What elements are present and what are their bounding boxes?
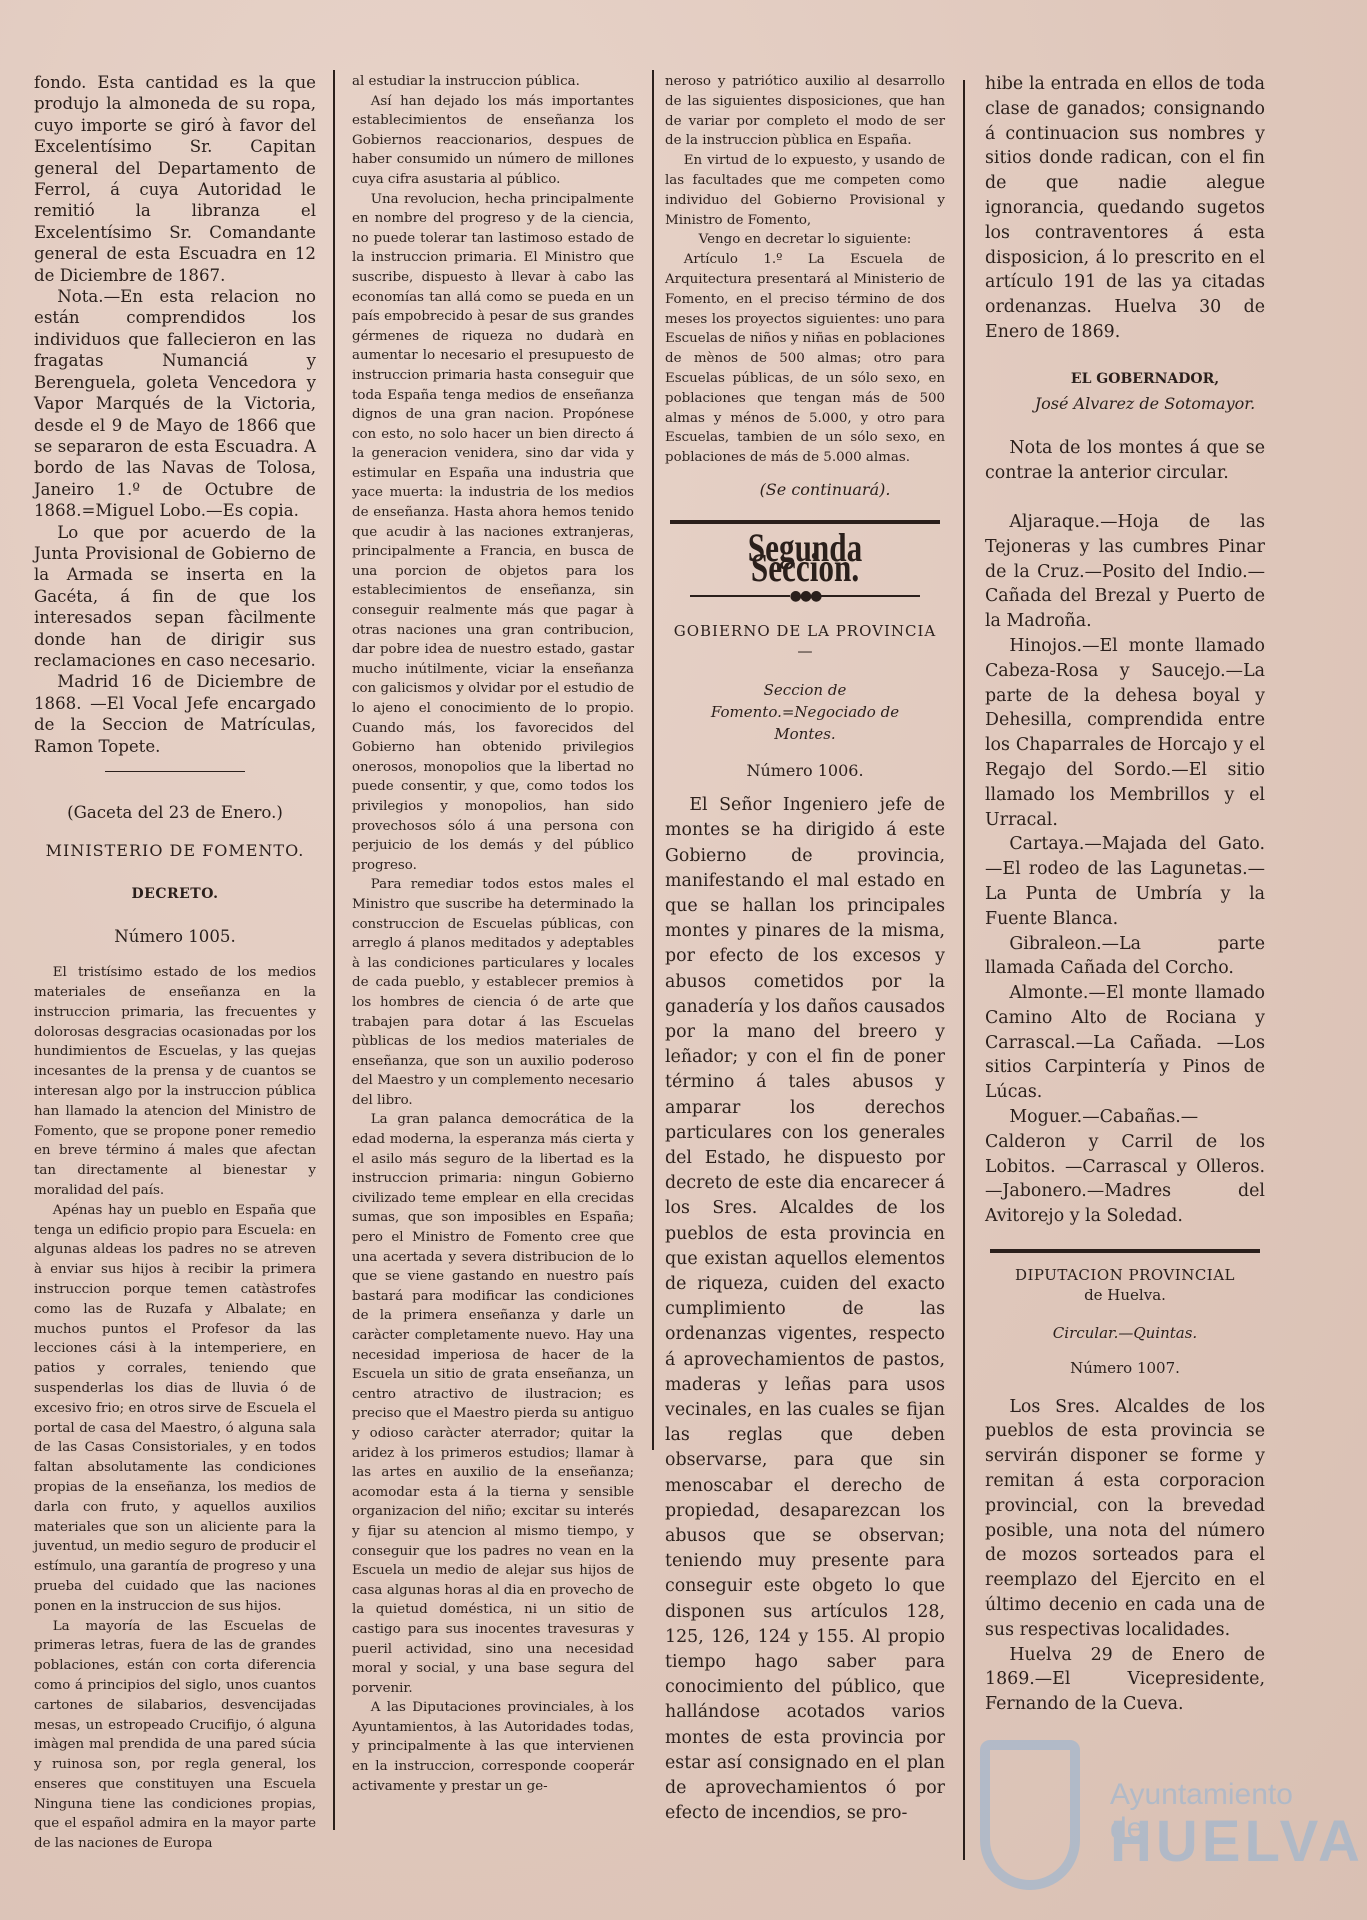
notice-number: Número 1006.: [665, 761, 945, 781]
paragraph: Los Sres. Alcaldes de los pueblos de est…: [985, 1395, 1265, 1643]
watermark-line-1: Ayuntamiento de: [1110, 1778, 1320, 1846]
paragraph: fondo. Esta cantidad es la que produjo l…: [34, 72, 316, 286]
article-1: Artículo 1.º La Escuela de Arquitectura …: [665, 250, 945, 468]
paragraph: A las Diputaciones provinciales, à los A…: [352, 1698, 634, 1796]
column-divider: [333, 70, 335, 1830]
watermark-line-2: HUELVA: [1110, 1808, 1364, 1875]
paragraph: Madrid 16 de Diciembre de 1868. —El Voca…: [34, 671, 316, 757]
paragraph: Apénas hay un pueblo en España que tenga…: [34, 1201, 316, 1617]
ornament-divider: ●●●: [665, 589, 945, 603]
paragraph: En virtud de lo expuesto, y usando de la…: [665, 151, 945, 230]
column-divider: [963, 80, 965, 1860]
column-3: neroso y patriótico auxilio al desarroll…: [665, 72, 945, 1826]
section-title: Segunda Seccion.: [696, 538, 914, 578]
paragraph: Huelva 29 de Enero de 1869.—El Vicepresi…: [985, 1643, 1265, 1717]
newspaper-page: fondo. Esta cantidad es la que produjo l…: [0, 0, 1367, 1920]
paragraph: Para remediar todos estos males el Minis…: [352, 875, 634, 1110]
paragraph: Nota.—En esta relacion no están comprend…: [34, 286, 316, 521]
signature-title: EL GOBERNADOR,: [985, 367, 1265, 392]
paragraph: Así han dejado los más importantes estab…: [352, 92, 634, 190]
paragraph: La gran palanca democrática de la edad m…: [352, 1110, 634, 1698]
decree-number: Número 1005.: [34, 926, 316, 947]
source-note: (Gaceta del 23 de Enero.): [34, 802, 316, 823]
coat-of-arms-icon: [980, 1740, 1080, 1890]
archive-watermark: Ayuntamiento de HUELVA: [960, 1700, 1320, 1920]
subsection-heading: Seccion de Fomento.=Negociado de Montes.: [665, 679, 945, 745]
monte-entry: Aljaraque.—Hoja de las Tejoneras y las c…: [985, 510, 1265, 634]
ministry-heading: MINISTERIO DE FOMENTO.: [34, 841, 316, 861]
continued-note: (Se continuará).: [705, 480, 945, 500]
signature-name: José Alvarez de Sotomayor.: [985, 392, 1265, 417]
paragraph: El tristísimo estado de los medios mater…: [34, 963, 316, 1201]
diputacion-subheading: de Huelva.: [985, 1285, 1265, 1305]
column-1: fondo. Esta cantidad es la que produjo l…: [34, 72, 316, 1854]
divider: [105, 771, 245, 772]
monte-entry: Gibraleon.—La parte llamada Cañada del C…: [985, 932, 1265, 982]
section-divider: [670, 520, 940, 524]
monte-entry: Almonte.—El monte llamado Camino Alto de…: [985, 981, 1265, 1105]
monte-entry: Cartaya.—Majada del Gato.—El rodeo de la…: [985, 832, 1265, 931]
column-divider: [652, 70, 654, 1450]
column-2: al estudiar la instruccion pública. Así …: [352, 72, 634, 1796]
dash: —: [665, 641, 945, 661]
section-divider: [990, 1249, 1260, 1253]
paragraph: El Señor Ingeniero jefe de montes se ha …: [665, 793, 945, 1826]
diputacion-heading: DIPUTACION PROVINCIAL: [985, 1265, 1265, 1285]
notice-number: Número 1007.: [985, 1356, 1265, 1381]
circular-heading: Circular.—Quintas.: [985, 1321, 1265, 1346]
monte-entry: Moguer.—Cabañas.—Calderon y Carril de lo…: [985, 1105, 1265, 1229]
government-heading: GOBIERNO DE LA PROVINCIA: [665, 621, 945, 641]
decree-heading: DECRETO.: [34, 884, 316, 904]
paragraph: Una revolucion, hecha principalmente en …: [352, 190, 634, 876]
paragraph: Nota de los montes á que se contrae la a…: [985, 436, 1265, 486]
paragraph: hibe la entrada en ellos de toda clase d…: [985, 72, 1265, 345]
paragraph: Lo que por acuerdo de la Junta Provision…: [34, 522, 316, 672]
paragraph: al estudiar la instruccion pública.: [352, 72, 634, 92]
paragraph: Vengo en decretar lo siguiente:: [665, 230, 945, 250]
paragraph: La mayoría de las Escuelas de primeras l…: [34, 1617, 316, 1855]
monte-entry: Hinojos.—El monte llamado Cabeza-Rosa y …: [985, 634, 1265, 832]
paragraph: neroso y patriótico auxilio al desarroll…: [665, 72, 945, 151]
column-4: hibe la entrada en ellos de toda clase d…: [985, 72, 1265, 1717]
